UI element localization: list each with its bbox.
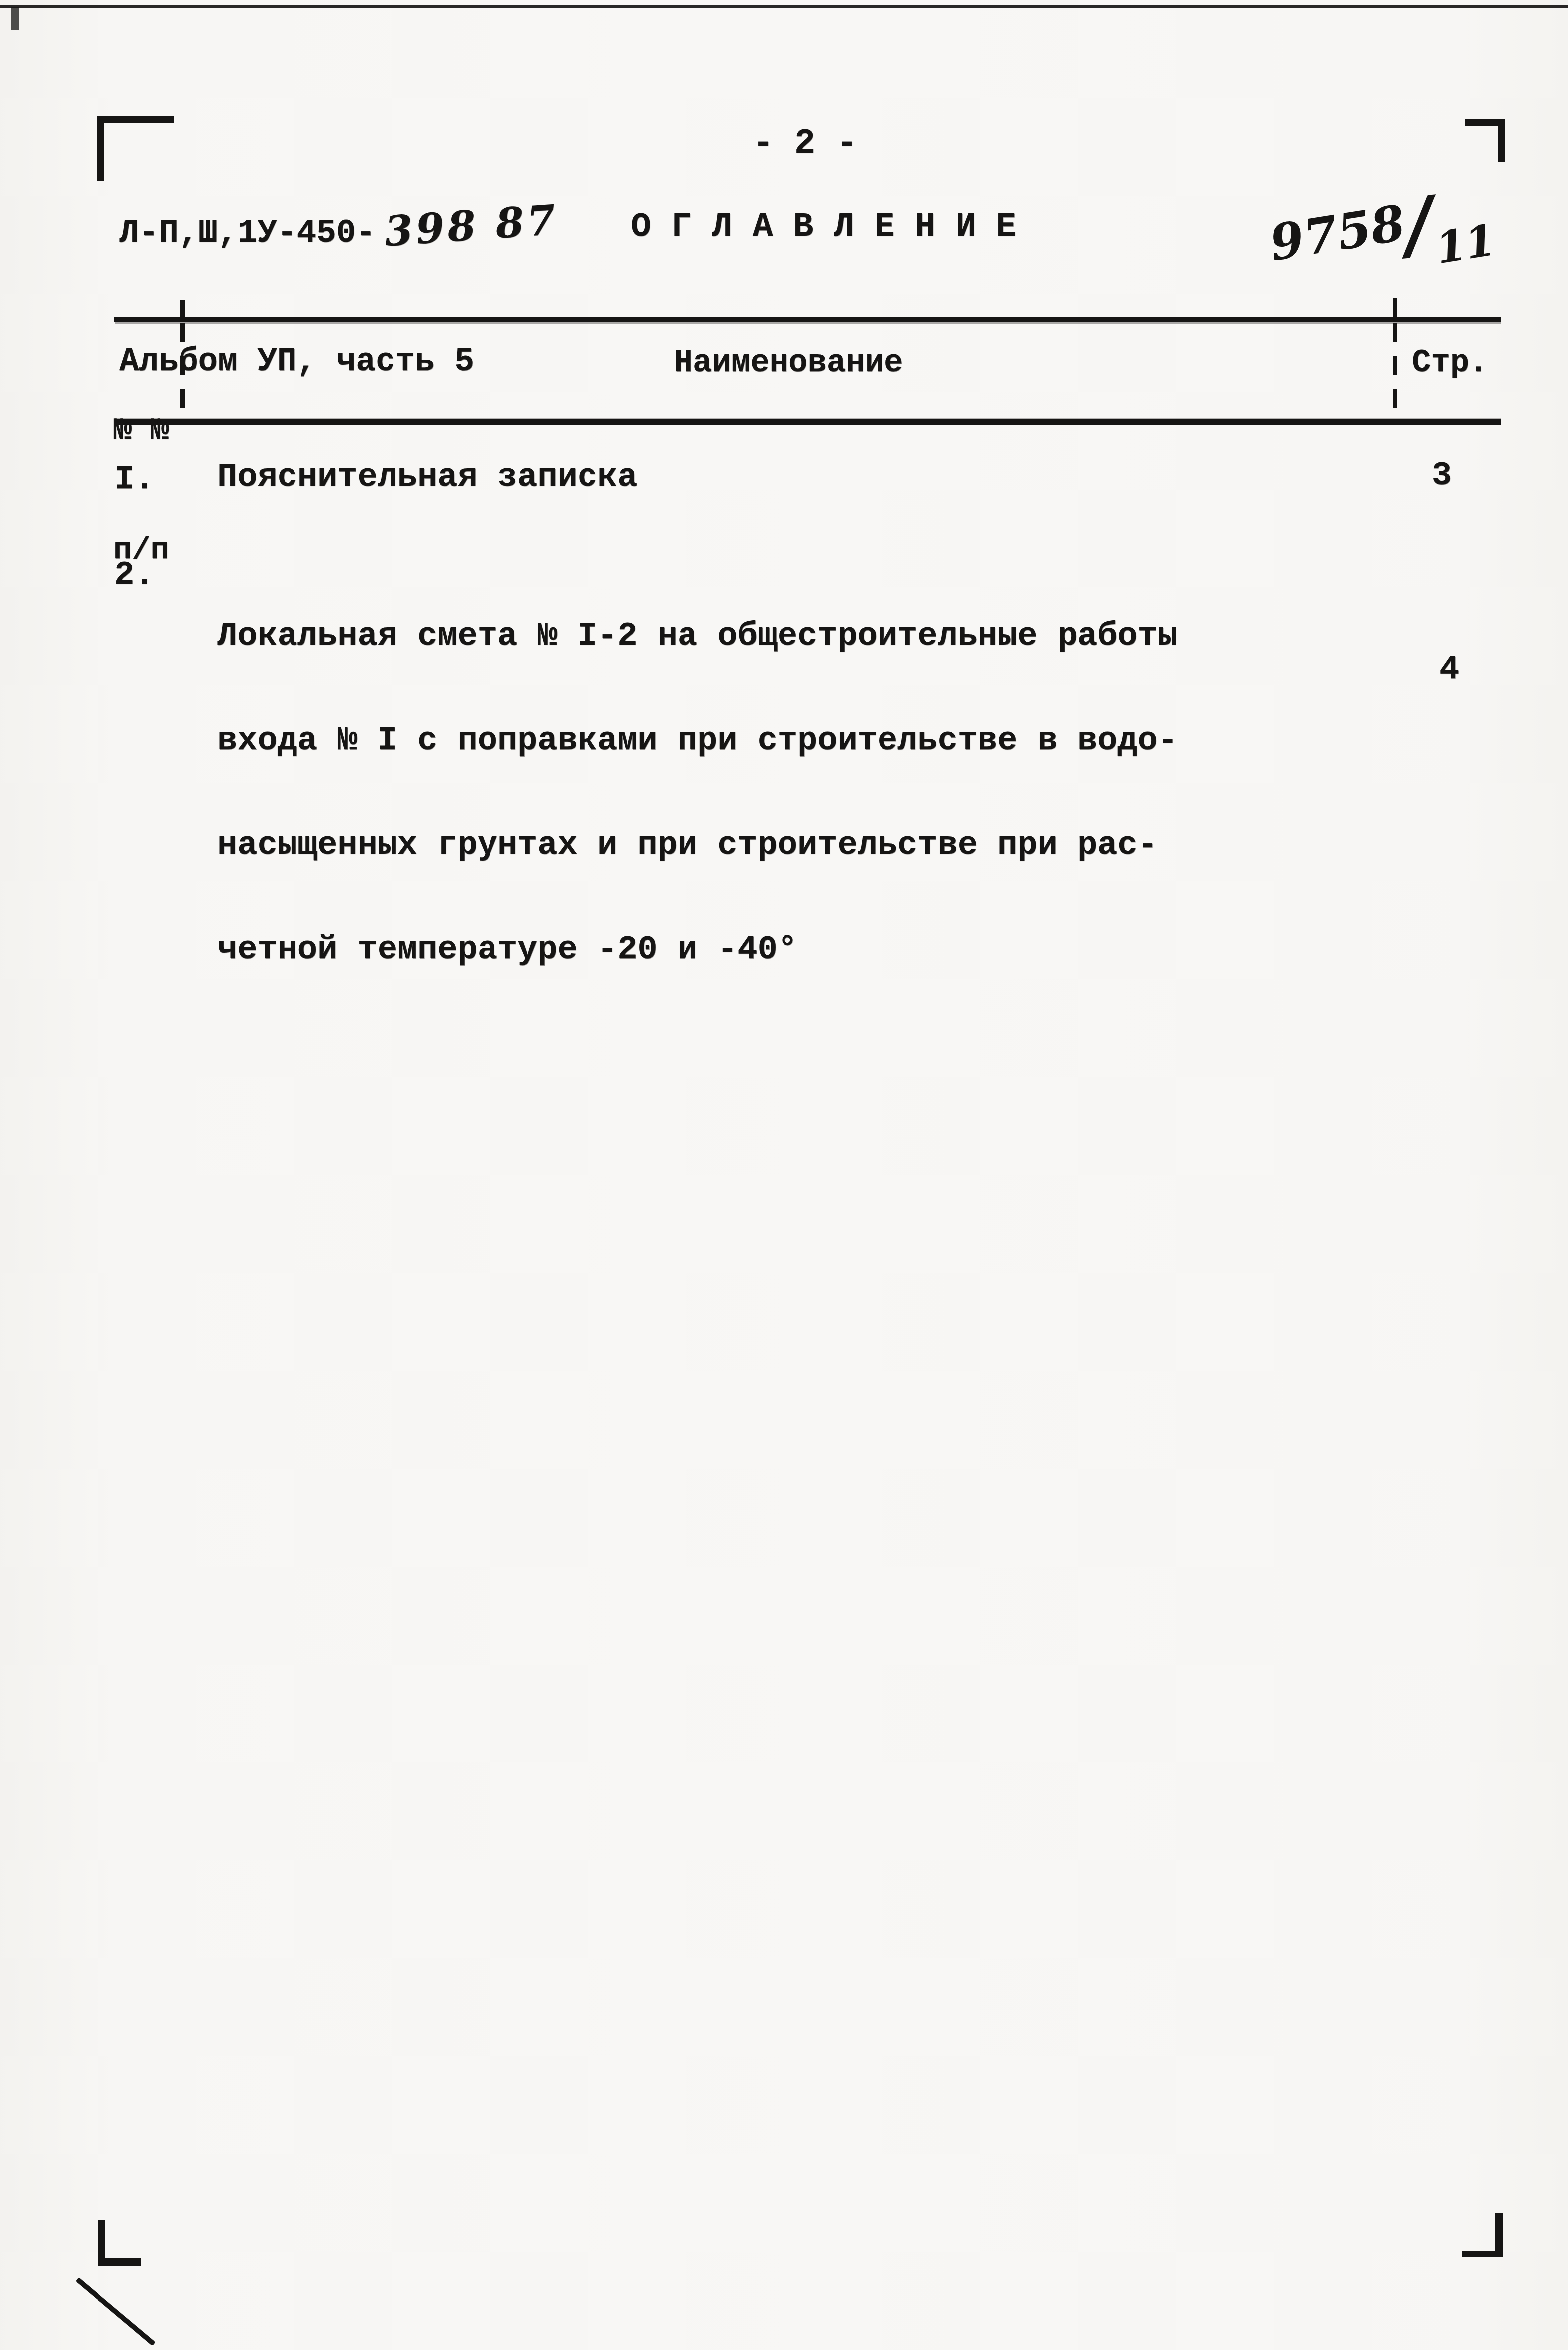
stamp-slash: / <box>1403 199 1434 250</box>
scan-edge-artifact-top <box>0 5 1568 8</box>
row-number: 2. <box>114 556 154 594</box>
doc-code-typed: Л-П,Ш,1У-450- <box>119 214 376 252</box>
row-number: I. <box>114 461 154 498</box>
header-number-line1: № № <box>113 411 224 451</box>
scanned-page: Л-П,Ш,1У-450-398 87 Альбом УП, часть 5 -… <box>0 0 1568 2350</box>
row-page: 4 <box>1439 651 1459 688</box>
stamp-numerator: 9758 <box>1266 195 1409 272</box>
row-title: Локальная смета № I-2 на общестроительны… <box>217 549 1177 1037</box>
row-page: 3 <box>1432 457 1452 494</box>
header-cell-page: Стр. <box>1412 345 1488 381</box>
diagonal-pen-mark <box>76 2277 156 2346</box>
row-title-line: четной температуре -20 и -40° <box>217 932 1177 967</box>
toc-title: О Г Л А В Л Е Н И Е <box>631 208 1016 246</box>
crop-mark-top-right <box>1465 119 1505 162</box>
row-title-line: входа № I с поправками при строительстве… <box>217 723 1177 758</box>
column-separator-left-tick <box>180 300 185 318</box>
page-number: - 2 - <box>753 124 857 164</box>
stamp-denominator: 11 <box>1432 216 1499 274</box>
row-title-line: насыщенных грунтах и при строительстве п… <box>217 828 1177 863</box>
table-rule-top <box>114 317 1501 322</box>
column-separator-right-tick <box>1393 298 1397 318</box>
header-cell-name: Наименование <box>184 345 1393 381</box>
crop-mark-bottom-left <box>98 2220 141 2266</box>
handwritten-stamp: 9758/11 <box>1265 176 1494 270</box>
doc-code-line1: Л-П,Ш,1У-450-398 87 <box>119 206 559 255</box>
crop-mark-bottom-right <box>1462 2213 1503 2257</box>
table-rule-bottom <box>114 419 1501 425</box>
column-separator-right <box>1393 323 1397 419</box>
row-title-line: Локальная смета № I-2 на общестроительны… <box>217 619 1177 654</box>
row-title: Пояснительная записка <box>217 460 637 494</box>
doc-code-handwritten: 398 87 <box>383 198 560 253</box>
scan-edge-artifact-tick <box>11 7 19 30</box>
